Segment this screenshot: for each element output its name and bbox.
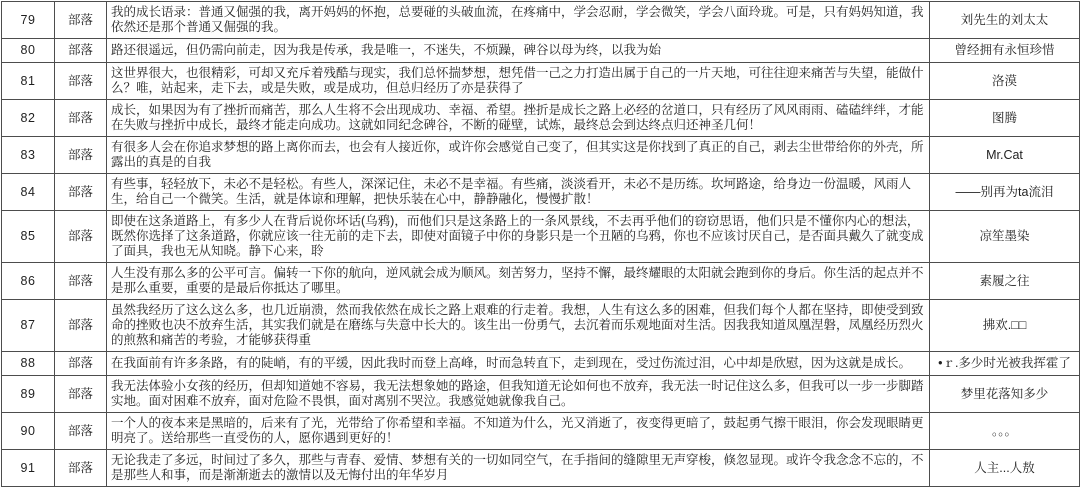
row-author-cell: 。。。 bbox=[930, 413, 1080, 450]
row-category-cell: 部落 bbox=[55, 352, 107, 376]
row-number-cell: 89 bbox=[2, 376, 55, 413]
row-category-cell: 部落 bbox=[55, 413, 107, 450]
row-category-cell: 部落 bbox=[55, 2, 107, 39]
row-quote-cell: 虽然我经历了这么这么多，也几近崩溃，然而我依然在成长之路上艰难的行走着。我想，人… bbox=[107, 300, 930, 352]
row-category-cell: 部落 bbox=[55, 263, 107, 300]
row-author-cell: 素履之往 bbox=[930, 263, 1080, 300]
row-number-cell: 90 bbox=[2, 413, 55, 450]
table-row: 82 部落 成长，如果因为有了挫折而痛苦，那么人生将不会出现成功、幸福、希望。挫… bbox=[2, 100, 1080, 137]
row-author-cell: •ｒ.多少时光被我挥霍了 bbox=[930, 352, 1080, 376]
row-category-cell: 部落 bbox=[55, 211, 107, 263]
row-number-cell: 85 bbox=[2, 211, 55, 263]
quotes-table-body: 79 部落 我的成长语录：普通又倔强的我，离开妈妈的怀抱，总要碰的头破血流，在疼… bbox=[2, 2, 1080, 487]
row-category-cell: 部落 bbox=[55, 137, 107, 174]
row-category-cell: 部落 bbox=[55, 300, 107, 352]
row-number-cell: 79 bbox=[2, 2, 55, 39]
row-number-cell: 80 bbox=[2, 39, 55, 63]
table-row: 86 部落 人生没有那么多的公平可言。偏转一下你的航向，逆风就会成为顺风。刻苦努… bbox=[2, 263, 1080, 300]
row-number-cell: 87 bbox=[2, 300, 55, 352]
row-quote-cell: 我无法体验小女孩的经历，但却知道她不容易，我无法想象她的路途，但我知道无论如何也… bbox=[107, 376, 930, 413]
row-category-cell: 部落 bbox=[55, 63, 107, 100]
row-quote-cell: 有很多人会在你追求梦想的路上离你而去，也会有人接近你，或许你会感觉自己变了，但其… bbox=[107, 137, 930, 174]
row-number-cell: 82 bbox=[2, 100, 55, 137]
table-row: 88 部落 在我面前有许多条路，有的陡峭，有的平缓，因此我时而登上高峰，时而急转… bbox=[2, 352, 1080, 376]
row-number-cell: 88 bbox=[2, 352, 55, 376]
table-row: 91 部落 无论我走了多远，时间过了多久，那些与青春、爱情、梦想有关的一切如同空… bbox=[2, 450, 1080, 487]
row-author-cell: 曾经拥有永恒珍惜 bbox=[930, 39, 1080, 63]
row-quote-cell: 在我面前有许多条路，有的陡峭，有的平缓，因此我时而登上高峰，时而急转直下，走到现… bbox=[107, 352, 930, 376]
row-category-cell: 部落 bbox=[55, 39, 107, 63]
row-author-cell: 洛漠 bbox=[930, 63, 1080, 100]
row-category-cell: 部落 bbox=[55, 100, 107, 137]
row-quote-cell: 无论我走了多远，时间过了多久，那些与青春、爱情、梦想有关的一切如同空气，在手指间… bbox=[107, 450, 930, 487]
row-category-cell: 部落 bbox=[55, 376, 107, 413]
row-number-cell: 83 bbox=[2, 137, 55, 174]
row-author-cell: 人主...人敖 bbox=[930, 450, 1080, 487]
row-category-cell: 部落 bbox=[55, 450, 107, 487]
table-row: 85 部落 即使在这条道路上，有多少人在背后说你坏话(乌鸦)，而他们只是这条路上… bbox=[2, 211, 1080, 263]
quotes-table: 79 部落 我的成长语录：普通又倔强的我，离开妈妈的怀抱，总要碰的头破血流，在疼… bbox=[1, 1, 1080, 487]
row-author-cell: Mr.Cat bbox=[930, 137, 1080, 174]
table-row: 90 部落 一个人的夜本来是黑暗的，后来有了光，光带给了你希望和幸福。不知道为什… bbox=[2, 413, 1080, 450]
row-author-cell: 拂欢.□□ bbox=[930, 300, 1080, 352]
row-quote-cell: 一个人的夜本来是黑暗的，后来有了光，光带给了你希望和幸福。不知道为什么，光又消逝… bbox=[107, 413, 930, 450]
row-quote-cell: 即使在这条道路上，有多少人在背后说你坏话(乌鸦)，而他们只是这条路上的一条风景线… bbox=[107, 211, 930, 263]
row-number-cell: 81 bbox=[2, 63, 55, 100]
row-quote-cell: 成长，如果因为有了挫折而痛苦，那么人生将不会出现成功、幸福、希望。挫折是成长之路… bbox=[107, 100, 930, 137]
row-quote-cell: 有些事，轻轻放下，未必不是轻松。有些人，深深记住，未必不是幸福。有些痛，淡淡看开… bbox=[107, 174, 930, 211]
row-number-cell: 84 bbox=[2, 174, 55, 211]
table-row: 80 部落 路还很遥远，但仍需向前走，因为我是传承，我是唯一，不迷失，不烦躁，碑… bbox=[2, 39, 1080, 63]
row-quote-cell: 人生没有那么多的公平可言。偏转一下你的航向，逆风就会成为顺风。刻苦努力，坚持不懈… bbox=[107, 263, 930, 300]
table-row: 84 部落 有些事，轻轻放下，未必不是轻松。有些人，深深记住，未必不是幸福。有些… bbox=[2, 174, 1080, 211]
row-quote-cell: 路还很遥远，但仍需向前走，因为我是传承，我是唯一，不迷失，不烦躁，碑谷以母为终，… bbox=[107, 39, 930, 63]
row-category-cell: 部落 bbox=[55, 174, 107, 211]
row-number-cell: 91 bbox=[2, 450, 55, 487]
table-row: 79 部落 我的成长语录：普通又倔强的我，离开妈妈的怀抱，总要碰的头破血流，在疼… bbox=[2, 2, 1080, 39]
table-row: 87 部落 虽然我经历了这么这么多，也几近崩溃，然而我依然在成长之路上艰难的行走… bbox=[2, 300, 1080, 352]
table-row: 81 部落 这世界很大，也很精彩，可却又充斥着残酷与现实，我们总怀揣梦想，想凭借… bbox=[2, 63, 1080, 100]
table-row: 83 部落 有很多人会在你追求梦想的路上离你而去，也会有人接近你，或许你会感觉自… bbox=[2, 137, 1080, 174]
row-author-cell: 梦里花落知多少 bbox=[930, 376, 1080, 413]
row-number-cell: 86 bbox=[2, 263, 55, 300]
row-author-cell: 凉笙墨染 bbox=[930, 211, 1080, 263]
row-quote-cell: 这世界很大，也很精彩，可却又充斥着残酷与现实，我们总怀揣梦想，想凭借一己之力打造… bbox=[107, 63, 930, 100]
table-row: 89 部落 我无法体验小女孩的经历，但却知道她不容易，我无法想象她的路途，但我知… bbox=[2, 376, 1080, 413]
row-author-cell: ——别再为ta流泪 bbox=[930, 174, 1080, 211]
document-sheet: 79 部落 我的成长语录：普通又倔强的我，离开妈妈的怀抱，总要碰的头破血流，在疼… bbox=[1, 1, 1079, 487]
row-author-cell: 刘先生的刘太太 bbox=[930, 2, 1080, 39]
row-author-cell: 图腾 bbox=[930, 100, 1080, 137]
row-quote-cell: 我的成长语录：普通又倔强的我，离开妈妈的怀抱，总要碰的头破血流，在疼痛中，学会忍… bbox=[107, 2, 930, 39]
